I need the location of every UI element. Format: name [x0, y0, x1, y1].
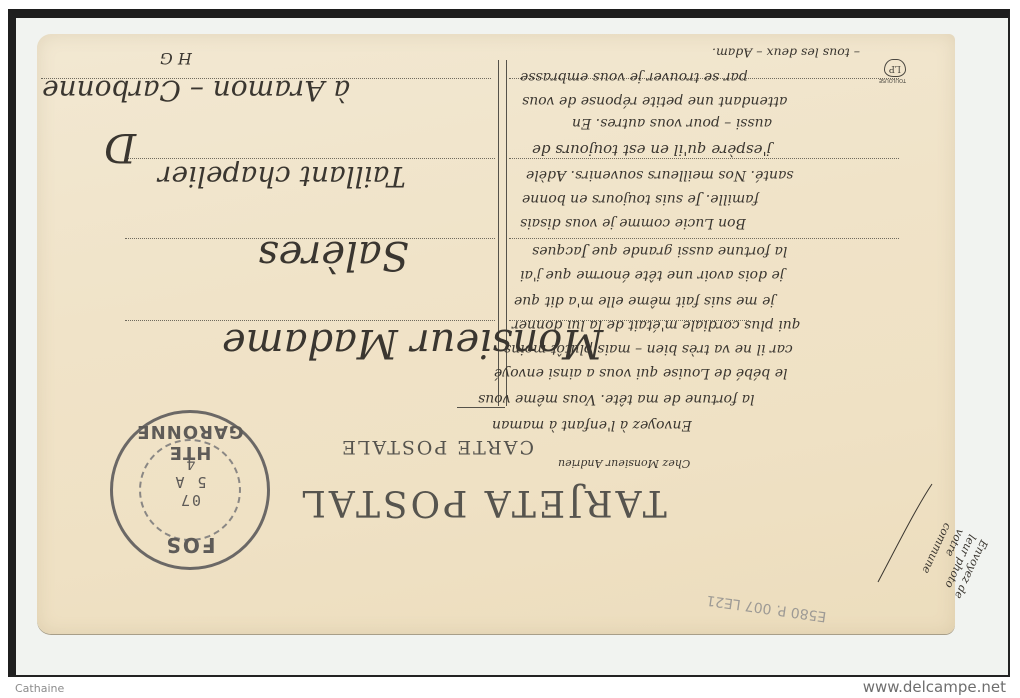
- message-line: la fortune aussi grande que Jacques: [532, 244, 787, 258]
- title-tarjeta-postal: TARJETA POSTAL: [299, 482, 667, 523]
- message-line: je me suis fait même elle m'a dit que: [514, 294, 775, 308]
- address-initial: D: [104, 124, 136, 170]
- seller-name[interactable]: Cathaine: [15, 682, 64, 695]
- postmark-date: 07 5 A 4: [113, 455, 267, 509]
- message-line: attendant une petite réponse de vous: [522, 94, 787, 108]
- message-line: je dois avoir une tête énorme que j'ai: [520, 268, 784, 282]
- message-line: Bon Lucie comme je vous disais: [520, 216, 746, 230]
- message-line: aussi – pour vous autres. En: [572, 116, 772, 130]
- message-line: le bébé de Louise qui vous a ainsi envoy…: [494, 366, 787, 380]
- address-line-2: Salères: [258, 232, 409, 278]
- message-line: famille. Je suis toujours en bonne: [522, 192, 759, 206]
- message-line: santé. Nos meilleurs souvenirs. Adèle: [526, 168, 794, 182]
- message-line: [509, 238, 899, 239]
- postmark-town: FOS: [113, 533, 267, 557]
- divider-foot: [457, 407, 505, 408]
- address-line-4: à Aramon – Carbonne: [42, 74, 350, 107]
- message-line: Envoyez à l'enfant à maman: [492, 418, 692, 432]
- message-line: car il ne va très bien – mais plutôt moi…: [504, 342, 793, 356]
- address-line-3: Taillant chapelier: [158, 160, 406, 193]
- message-line: j'espère qu'il en est toujours de: [532, 142, 771, 157]
- address-line: [125, 158, 495, 159]
- postmark-stamp: FOS 07 5 A 4 HTE GARONNE: [110, 410, 270, 570]
- postmark-department: HTE GARONNE: [113, 421, 267, 463]
- message-line: la fortune de ma tête. Vous même vous: [478, 392, 754, 406]
- message-line: – tous les deux – Adam.: [712, 46, 860, 59]
- side-note: Chez Monsieur Andrieu: [558, 458, 690, 469]
- message-line: qui plus cordiale m'était de la lui donn…: [512, 318, 801, 332]
- address-extra: H G: [160, 50, 192, 66]
- message-line: par se trouver je vous embrasse: [520, 70, 748, 84]
- publisher-caption: TOULOUSE: [884, 77, 906, 83]
- heart-logo-icon: LP: [884, 59, 906, 77]
- title-carte-postale: CARTE POSTALE: [340, 436, 534, 458]
- publisher-logo: TOULOUSE LP: [884, 64, 906, 84]
- site-watermark[interactable]: www.delcampe.net: [863, 678, 1006, 696]
